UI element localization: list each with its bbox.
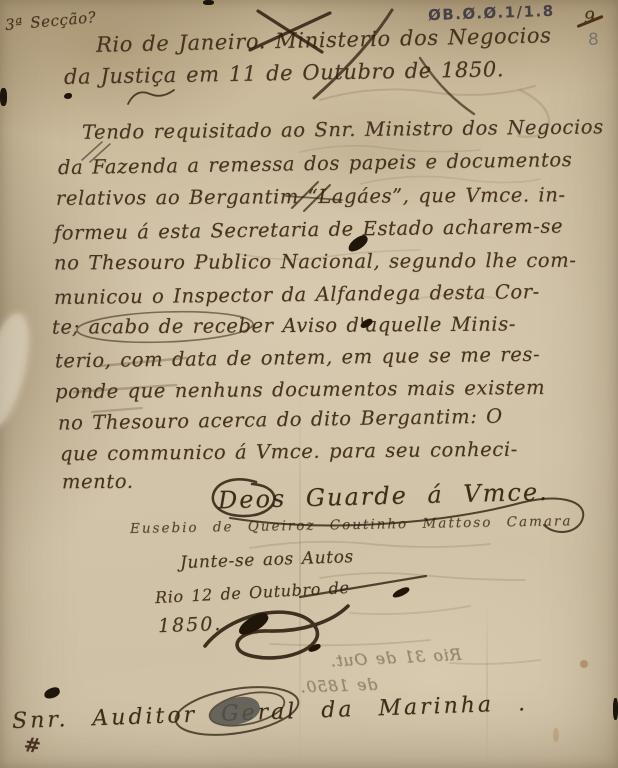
paragraph-flourish bbox=[128, 90, 174, 104]
body-line: no Thesouro Publico Nacional, segundo lh… bbox=[54, 249, 577, 275]
body-line: municou o Inspector da Alfandega desta C… bbox=[54, 280, 540, 309]
body-line: Tendo requisitado ao Snr. Ministro dos N… bbox=[82, 115, 604, 143]
rubric-flourish bbox=[205, 606, 348, 658]
body-line: formeu á esta Secretaria de Estado achar… bbox=[54, 214, 563, 244]
ink-blot bbox=[43, 686, 61, 700]
ink-blot bbox=[64, 93, 72, 99]
docket-line: Junte-se aos Autos bbox=[180, 547, 354, 573]
body-line: no Thesouro acerca do dito Bergantim: O bbox=[58, 405, 503, 435]
rust-stain bbox=[553, 728, 559, 742]
body-line: terio, com data de ontem, em que se me r… bbox=[55, 343, 540, 373]
bleedthrough-text: de 1850. bbox=[300, 675, 378, 697]
address-line: Snr. Auditor Geral da Marinha . bbox=[12, 691, 529, 734]
ink-blot bbox=[236, 610, 272, 638]
docket-line: 1850. bbox=[158, 613, 223, 637]
ink-blot bbox=[307, 643, 321, 653]
heading-line: da Justiça em 11 de Outubro de 1850. bbox=[64, 57, 505, 89]
section-note: 3ª Secção? bbox=[4, 8, 97, 34]
body-line: que communico á Vmce. para seu conheci- bbox=[60, 438, 518, 466]
embossed-seal bbox=[0, 309, 38, 433]
body-line: mento. bbox=[62, 470, 134, 493]
docket-line: Rio 12 de Outubro de bbox=[155, 578, 350, 607]
edge-speck bbox=[0, 88, 7, 106]
body-line: da Fazenda a remessa dos papeis e docume… bbox=[58, 148, 573, 179]
body-line: relativos ao Bergantim “Lagáes”, que Vmc… bbox=[56, 183, 566, 210]
footer-mark: # bbox=[22, 732, 43, 758]
signature: Eusebio de Queiroz Coutinho Mattoso Cama… bbox=[130, 513, 573, 537]
edge-speck bbox=[613, 698, 618, 720]
body-line: te; acabo de receber Aviso d'aquelle Min… bbox=[52, 312, 516, 338]
valediction: Deos Guarde á Vmce. bbox=[218, 478, 549, 515]
heading-line: Rio de Janeiro. Ministerio dos Negocios bbox=[96, 23, 552, 57]
fold-crease bbox=[486, 600, 488, 768]
rust-stain bbox=[580, 660, 588, 668]
bleedthrough-text: Rio 31 de Out. bbox=[330, 645, 462, 671]
archival-code: ØB.Ø.Ø.1/1.8 bbox=[428, 2, 555, 24]
ink-blot bbox=[391, 586, 410, 599]
manuscript-page: 3ª Secção? ØB.Ø.Ø.1/1.8 9 8 Rio de Janei… bbox=[0, 0, 618, 768]
edge-speck bbox=[203, 0, 214, 5]
folio-number-pencil: 8 bbox=[588, 30, 599, 50]
body-line: ponde que nenhuns documentos mais existe… bbox=[55, 376, 545, 403]
